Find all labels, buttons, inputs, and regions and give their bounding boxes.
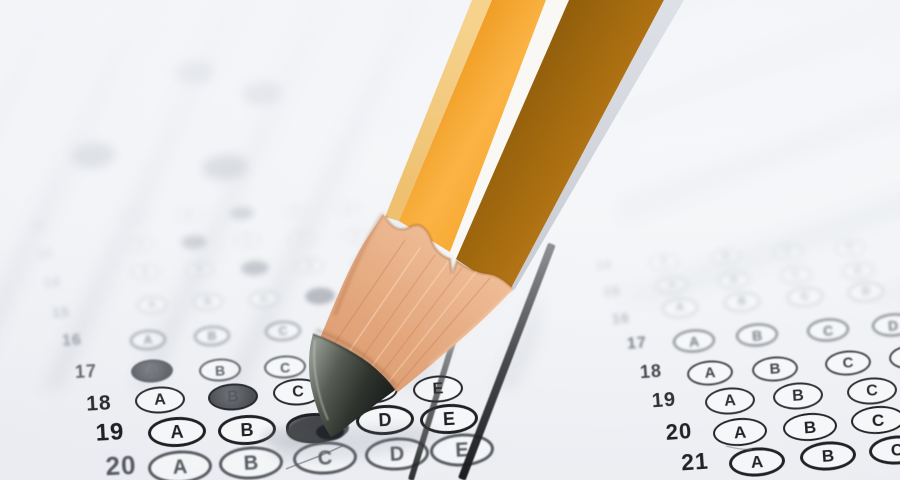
stray-pencil-line-2 — [726, 446, 752, 449]
pencil — [0, 0, 900, 480]
answer-sheet-photo: 12ABCDE13ABCDE14ABCDE15ABCDE16ABCDE17ABC… — [0, 0, 900, 480]
